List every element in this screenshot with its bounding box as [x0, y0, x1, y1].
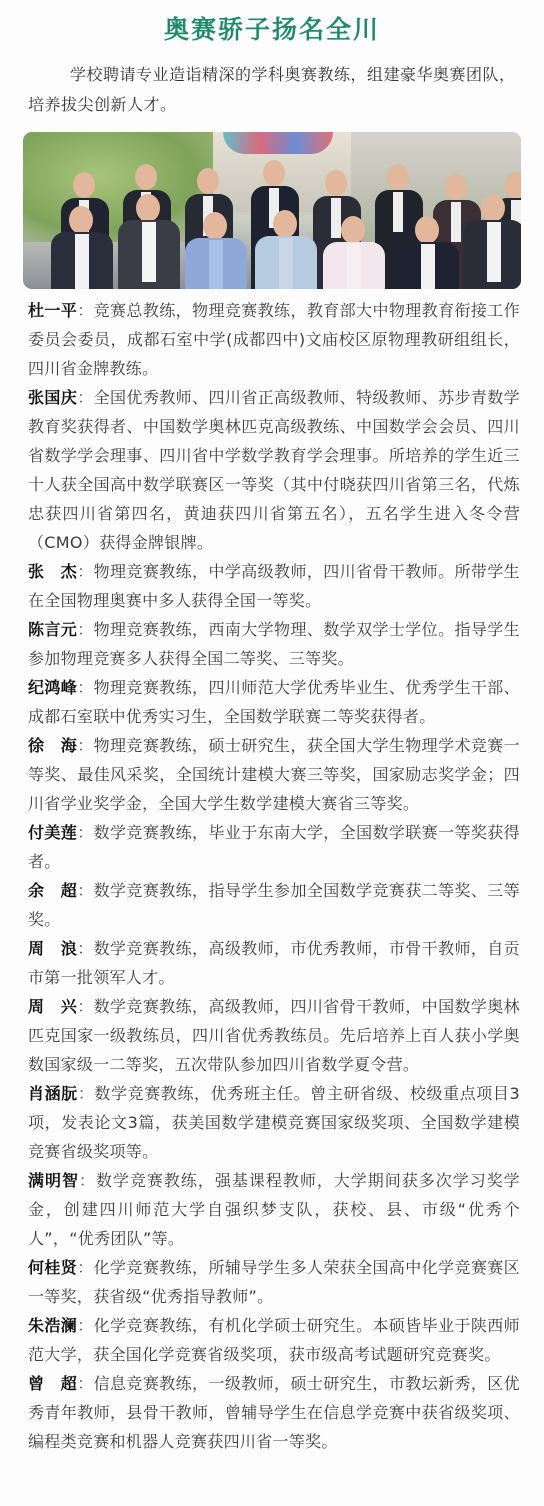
coach-name: 杜一平	[28, 301, 77, 320]
coach-bio: 张 杰：物理竞赛教练，中学高级教师，四川省骨干教师。所带学生在全国物理奥赛中多人…	[28, 557, 520, 615]
coach-name: 陈言元	[28, 620, 77, 639]
coach-name: 张国庆	[28, 388, 77, 407]
coach-name: 满明智	[28, 1171, 79, 1190]
coach-bio: 肖涵朊：数学竞赛教练，优秀班主任。曾主研省级、校级重点项目3项，发表论文3篇，获…	[28, 1079, 520, 1166]
name-separator: ：	[77, 301, 93, 320]
coach-name: 纪鸿峰	[28, 678, 77, 697]
coach-name: 付美莲	[28, 823, 77, 842]
coach-description: 物理竞赛教练，四川师范大学优秀毕业生、优秀学生干部、成都石室联中优秀实习生，全国…	[28, 678, 520, 726]
coach-description: 物理竞赛教练，硕士研究生，获全国大学生物理学术竞赛一等奖、最佳风采奖，全国统计建…	[28, 736, 520, 813]
name-separator: ：	[77, 939, 93, 958]
coach-description: 信息竞赛教练，一级教师，硕士研究生，市教坛新秀，区优秀青年教师，县骨干教师，曾辅…	[28, 1374, 520, 1451]
coach-bio: 张国庆：全国优秀教师、四川省正高级教师、特级教师、苏步青数学教育奖获得者、中国数…	[28, 383, 520, 557]
group-photo	[23, 132, 521, 289]
intro-paragraph: 学校聘请专业造诣精深的学科奥赛教练，组建豪华奥赛团队，培养拔尖创新人才。	[28, 60, 518, 120]
name-separator: ：	[77, 1258, 93, 1277]
name-separator: ：	[77, 823, 93, 842]
name-separator: ：	[77, 1316, 93, 1335]
name-separator: ：	[79, 1171, 96, 1190]
coach-description: 数学竞赛教练，高级教师，四川省骨干教师，中国数学奥林匹克国家一级教练员，四川省优…	[28, 997, 520, 1074]
coach-bio: 满明智：数学竞赛教练，强基课程教师，大学期间获多次学习奖学金，创建四川师范大学自…	[28, 1166, 520, 1253]
coach-bio: 何桂贤：化学竞赛教练，所辅导学生多人荣获全国高中化学竞赛赛区一等奖，获省级“优秀…	[28, 1253, 520, 1311]
coach-name: 肖涵朊	[28, 1084, 78, 1103]
coach-bio-list: 杜一平：竞赛总教练，物理竞赛教练，教育部大中物理教育衔接工作委员会委员，成都石室…	[28, 296, 520, 1456]
name-separator: ：	[78, 1084, 95, 1103]
coach-name: 周 浪	[28, 939, 77, 958]
coach-bio: 朱浩澜：化学竞赛教练，有机化学硕士研究生。本硕皆毕业于陕西师范大学，获全国化学竞…	[28, 1311, 520, 1369]
coach-description: 数学竞赛教练，高级教师，市优秀教师，市骨干教师，自贡市第一批领军人才。	[28, 939, 520, 987]
coach-name: 余 超	[28, 881, 77, 900]
coach-name: 曾 超	[28, 1374, 77, 1393]
name-separator: ：	[77, 678, 93, 697]
name-separator: ：	[77, 620, 93, 639]
coach-description: 数学竞赛教练，指导学生参加全国数学竞赛获二等奖、三等奖。	[28, 881, 520, 929]
coach-name: 何桂贤	[28, 1258, 77, 1277]
coach-bio: 陈言元：物理竞赛教练，西南大学物理、数学双学士学位。指导学生参加物理竞赛多人获得…	[28, 615, 520, 673]
name-separator: ：	[77, 388, 93, 407]
coach-name: 朱浩澜	[28, 1316, 77, 1335]
coach-bio: 徐 海：物理竞赛教练，硕士研究生，获全国大学生物理学术竞赛一等奖、最佳风采奖，全…	[28, 731, 520, 818]
coach-description: 数学竞赛教练，毕业于东南大学，全国数学联赛一等奖获得者。	[28, 823, 520, 871]
coach-name: 周 兴	[28, 997, 77, 1016]
page-title: 奥赛骄子扬名全川	[0, 13, 544, 47]
coach-bio: 曾 超：信息竞赛教练，一级教师，硕士研究生，市教坛新秀，区优秀青年教师，县骨干教…	[28, 1369, 520, 1456]
name-separator: ：	[77, 997, 93, 1016]
coach-name: 张 杰	[28, 562, 77, 581]
coach-description: 化学竞赛教练，所辅导学生多人荣获全国高中化学竞赛赛区一等奖，获省级“优秀指导教师…	[28, 1258, 520, 1306]
coach-description: 数学竞赛教练，优秀班主任。曾主研省级、校级重点项目3项，发表论文3篇，获美国数学…	[28, 1084, 520, 1161]
coach-description: 全国优秀教师、四川省正高级教师、特级教师、苏步青数学教育奖获得者、中国数学奥林匹…	[28, 388, 520, 552]
coach-bio: 余 超：数学竞赛教练，指导学生参加全国数学竞赛获二等奖、三等奖。	[28, 876, 520, 934]
coach-description: 化学竞赛教练，有机化学硕士研究生。本硕皆毕业于陕西师范大学，获全国化学竞赛省级奖…	[28, 1316, 520, 1364]
coach-description: 物理竞赛教练，中学高级教师，四川省骨干教师。所带学生在全国物理奥赛中多人获得全国…	[28, 562, 520, 610]
coach-name: 徐 海	[28, 736, 77, 755]
photo-sculpture	[223, 132, 333, 154]
article-page: 奥赛骄子扬名全川 学校聘请专业造诣精深的学科奥赛教练，组建豪华奥赛团队，培养拔尖…	[0, 0, 544, 1506]
name-separator: ：	[77, 881, 93, 900]
name-separator: ：	[77, 1374, 93, 1393]
coach-description: 竞赛总教练，物理竞赛教练，教育部大中物理教育衔接工作委员会委员，成都石室中学(成…	[28, 301, 520, 378]
coach-description: 数学竞赛教练，强基课程教师，大学期间获多次学习奖学金，创建四川师范大学自强织梦支…	[28, 1171, 520, 1248]
coach-bio: 杜一平：竞赛总教练，物理竞赛教练，教育部大中物理教育衔接工作委员会委员，成都石室…	[28, 296, 520, 383]
coach-bio: 纪鸿峰：物理竞赛教练，四川师范大学优秀毕业生、优秀学生干部、成都石室联中优秀实习…	[28, 673, 520, 731]
coach-bio: 付美莲：数学竞赛教练，毕业于东南大学，全国数学联赛一等奖获得者。	[28, 818, 520, 876]
coach-bio: 周 浪：数学竞赛教练，高级教师，市优秀教师，市骨干教师，自贡市第一批领军人才。	[28, 934, 520, 992]
name-separator: ：	[77, 736, 93, 755]
name-separator: ：	[77, 562, 93, 581]
coach-description: 物理竞赛教练，西南大学物理、数学双学士学位。指导学生参加物理竞赛多人获得全国二等…	[28, 620, 520, 668]
coach-bio: 周 兴：数学竞赛教练，高级教师，四川省骨干教师，中国数学奥林匹克国家一级教练员，…	[28, 992, 520, 1079]
